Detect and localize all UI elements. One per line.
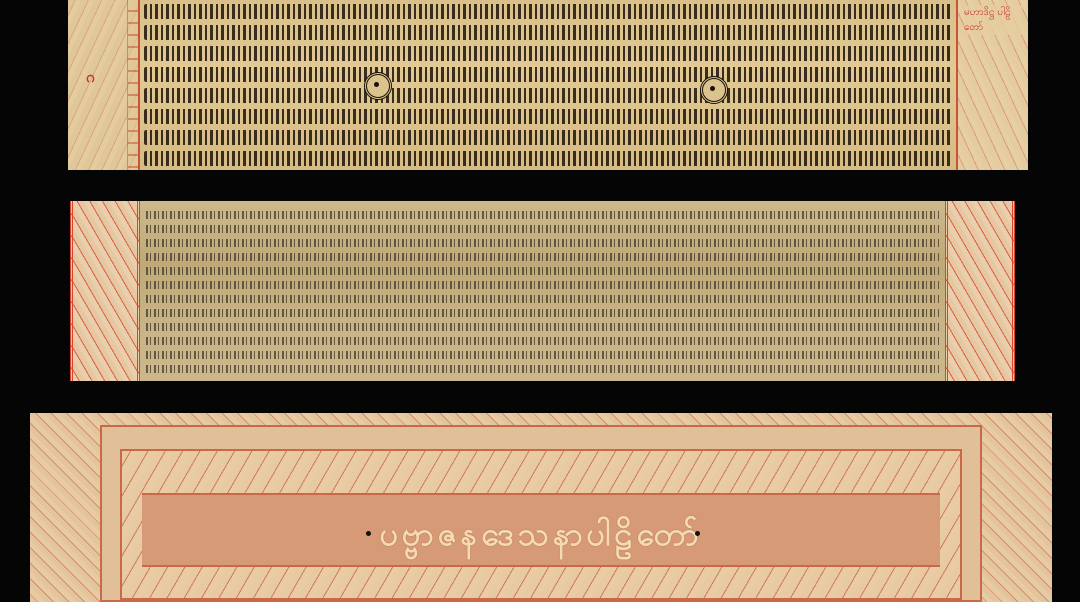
text-line: [146, 323, 939, 331]
text-line: [144, 46, 952, 61]
text-line: [146, 365, 939, 373]
title-band: ပဗ္ဗာဇနဒေသနာပါဠိတော်: [142, 493, 940, 567]
text-line: [146, 309, 939, 317]
right-ornamental-border: မဟာဒိဋ္ဌ ပါဠိတော်: [956, 0, 1028, 170]
margin-note: မဟာဒိဋ္ဌ ပါဠိတော်: [964, 5, 1022, 35]
binding-hole-icon: [695, 531, 700, 536]
text-line: [146, 211, 939, 219]
text-line: [144, 88, 952, 103]
right-ornamental-border: [945, 201, 1015, 381]
cover-frame: ပဗ္ဗာဇနဒေသနာပါဠိတော်: [100, 425, 982, 602]
binding-hole-ring-icon: [700, 76, 728, 104]
binding-hole-icon: [366, 531, 371, 536]
manuscript-cover-leaf: ပဗ္ဗာဇနဒေသနာပါဠိတော်: [30, 413, 1052, 602]
text-line: [144, 67, 952, 82]
text-line: [146, 267, 939, 275]
text-line: [144, 4, 952, 19]
text-line: [146, 225, 939, 233]
manuscript-leaf-top: ဂ မဟာဒိဋ္ဌ ပါဠိတော်: [68, 0, 1028, 170]
text-line: [146, 253, 939, 261]
binding-hole-ring-icon: [364, 72, 392, 100]
left-ornamental-border: [68, 0, 140, 170]
text-line: [146, 337, 939, 345]
page-marker: ဂ: [86, 68, 95, 90]
text-line: [144, 109, 952, 124]
left-ornamental-border: [70, 201, 140, 381]
text-line: [146, 239, 939, 247]
text-block: [146, 211, 939, 373]
text-block: [144, 4, 952, 166]
text-line: [146, 281, 939, 289]
text-line: [144, 130, 952, 145]
text-line: [144, 151, 952, 166]
cover-title: ပဗ္ဗာဇနဒေသနာပါဠိတော်: [142, 513, 940, 561]
text-line: [146, 295, 939, 303]
manuscript-leaf-middle: [70, 201, 1015, 381]
text-line: [146, 351, 939, 359]
text-line: [144, 25, 952, 40]
